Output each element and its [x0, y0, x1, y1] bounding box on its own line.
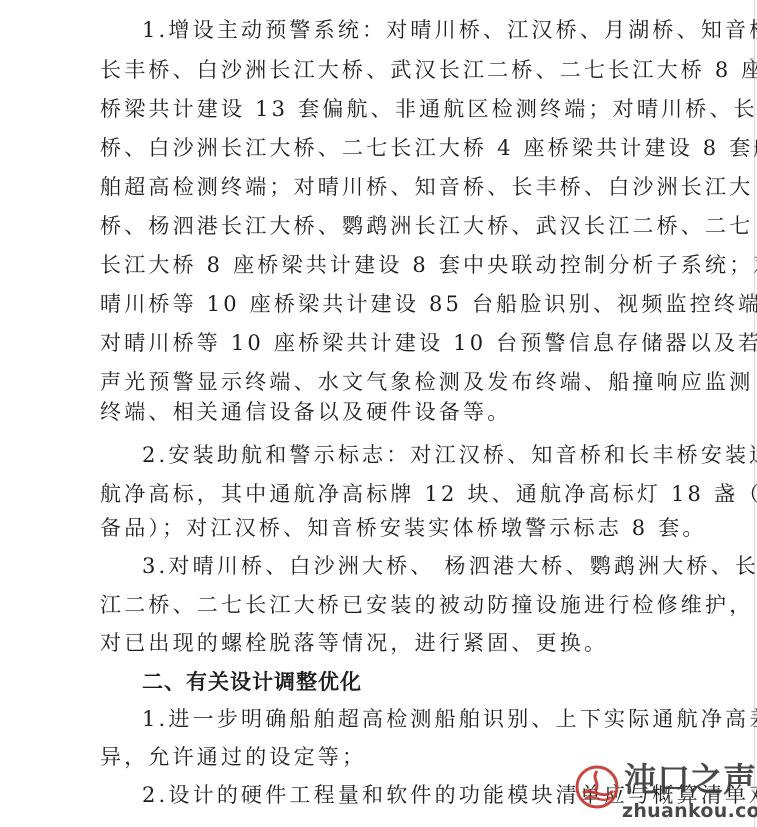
watermark: 沌口之声 zhuankou.com — [572, 760, 757, 827]
paragraph-line: 3.对晴川桥、白沙洲大桥、 杨泗港大桥、鹦鹉洲大桥、长 — [142, 554, 656, 578]
page-edge-line — [754, 0, 755, 827]
paragraph-line: 晴川桥等 10 座桥梁共计建设 85 台船脸识别、视频监控终端； — [100, 292, 656, 316]
paragraph-line: 对晴川桥等 10 座桥梁共计建设 10 台预警信息存储器以及若干 — [100, 331, 656, 355]
paragraph-line: 1.增设主动预警系统：对晴川桥、江汉桥、月湖桥、知音桥、 — [142, 18, 656, 42]
paragraph-line: 航净高标，其中通航净高标牌 12 块、通航净高标灯 18 盏（含 — [100, 482, 656, 506]
paragraph-line: 声光预警显示终端、水文气象检测及发布终端、船撞响应监测 — [100, 370, 656, 394]
paragraph-line: 长江大桥 8 座桥梁共计建设 8 套中央联动控制分析子系统；对 — [100, 253, 656, 277]
watermark-logo-icon — [575, 765, 619, 809]
section-heading: 二、有关设计调整优化 — [142, 670, 656, 694]
paragraph-line: 长丰桥、白沙洲长江大桥、武汉长江二桥、二七长江大桥 8 座 — [100, 58, 656, 82]
paragraph-line: 桥、白沙洲长江大桥、二七长江大桥 4 座桥梁共计建设 8 套船 — [100, 136, 656, 160]
paragraph-line: 对已出现的螺栓脱落等情况，进行紧固、更换。 — [100, 631, 656, 655]
paragraph-line: 桥梁共计建设 13 套偏航、非通航区检测终端；对晴川桥、长丰 — [100, 97, 656, 121]
watermark-title: 沌口之声 — [624, 760, 756, 800]
paragraph-line: 备品）；对江汉桥、知音桥安装实体桥墩警示标志 8 套。 — [100, 516, 656, 540]
paragraph-line: 终端、相关通信设备以及硬件设备等。 — [100, 400, 656, 424]
watermark-url: zhuankou.com — [622, 800, 757, 822]
paragraph-line: 1.进一步明确船舶超高检测船舶识别、上下实际通航净高差 — [142, 707, 656, 731]
paragraph-line: 桥、杨泗港长江大桥、鹦鹉洲长江大桥、武汉长江二桥、二七 — [100, 214, 656, 238]
paragraph-line: 舶超高检测终端；对晴川桥、知音桥、长丰桥、白沙洲长江大 — [100, 175, 656, 199]
paragraph-line: 2.安装助航和警示标志：对江汉桥、知音桥和长丰桥安装通 — [142, 443, 656, 467]
paragraph-line: 江二桥、二七长江大桥已安装的被动防撞设施进行检修维护， — [100, 593, 656, 617]
